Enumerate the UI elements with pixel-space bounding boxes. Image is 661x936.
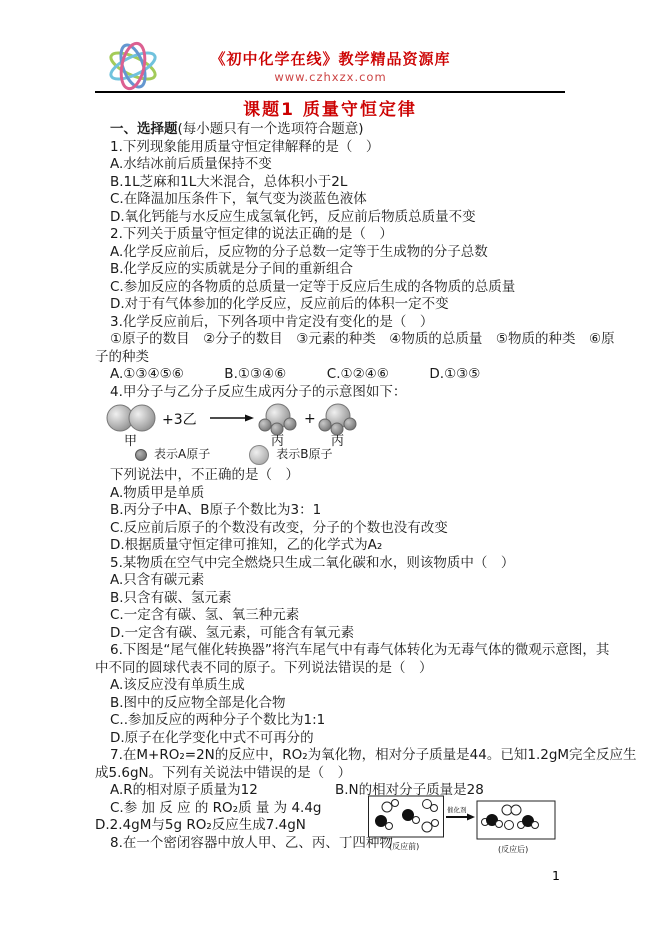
q6-option-a: A.该反应没有单质生成 (95, 677, 573, 695)
atom-a-icon (135, 449, 147, 461)
plus-label: + (304, 411, 316, 427)
q4-reaction-scheme: +3乙 + 甲 丙 (100, 401, 390, 447)
after-label: (反应后) (498, 844, 528, 854)
question-7-line2: 成5.6gN。下列有关说法中错误的是（ ） (95, 765, 573, 783)
before-label: (反应前) (389, 841, 419, 851)
header-divider (95, 91, 565, 93)
question-2: 2.下列关于质量守恒定律的说法正确的是（ ） (95, 226, 573, 244)
section-heading-bold: 一、选择题 (110, 121, 178, 137)
q2-option-d: D.对于有气体参加的化学反应，反应前后的体积一定不变 (95, 296, 573, 314)
page-title: 课题1 质量守恒定律 (95, 95, 565, 120)
q1-option-c: C.在降温加压条件下，氧气变为淡蓝色液体 (95, 191, 573, 209)
q1-option-b: B.1L芝麻和1L大米混合，总体积小于2L (95, 174, 573, 192)
before-box (369, 796, 444, 837)
q2-option-b: B.化学反应的实质就是分子间的重新组合 (95, 261, 573, 279)
molecule-bing-2 (319, 404, 356, 435)
atom-a-label: 表示A原子 (154, 446, 210, 464)
question-3: 3.化学反应前后，下列各项中肯定没有变化的是（ ） (95, 314, 573, 332)
question-5: 5.某物质在空气中完全燃烧只生成二氧化碳和水，则该物质中（ ） (95, 555, 573, 573)
q6-option-c: C..参加反应的两种分子个数比为1:1 (95, 712, 573, 730)
q5-option-b: B.只含有碳、氢元素 (95, 590, 573, 608)
q6-reaction-svg: 催化剂 (反应前) (反应后) (367, 794, 559, 858)
q3-options: A.①③④⑤⑥ B.①③④⑥ C.①②④⑥ D.①③⑤ (95, 366, 573, 384)
q4-judge: 下列说法中，不正确的是（ ） (95, 467, 573, 485)
q5-option-d: D.一定含有碳、氢元素，可能含有氧元素 (95, 625, 573, 643)
q4-option-d: D.根据质量守恒定律可推知，乙的化学式为A₂ (95, 537, 573, 555)
question-4: 4.甲分子与乙分子反应生成丙分子的示意图如下： (95, 384, 573, 402)
question-6-line2: 中不同的圆球代表不同的原子。下列说法错误的是（ ） (95, 660, 573, 678)
after-box (477, 801, 555, 839)
q6-reaction-diagram: 催化剂 (反应前) (反应后) (367, 794, 559, 862)
q5-option-c: C.一定含有碳、氢、氧三种元素 (95, 607, 573, 625)
atom-b-label: 表示B原子 (276, 446, 332, 464)
question-7-line1: 7.在M+RO₂=2N的反应中，RO₂为氧化物，相对分子质量是44。已知1.2g… (95, 747, 573, 765)
content: 一、选择题(每小题只有一个选项符合题意) 1.下列现象能用质量守恒定律解释的是（… (95, 121, 573, 852)
catalyst-label: 催化剂 (447, 805, 467, 814)
q4-option-a: A.物质甲是单质 (95, 485, 573, 503)
reaction-arrow (210, 415, 254, 422)
q4-option-c: C.反应前后原子的个数没有改变，分子的个数也没有改变 (95, 520, 573, 538)
q2-option-a: A.化学反应前后，反应物的分子总数一定等于生成物的分子总数 (95, 244, 573, 262)
q2-option-c: C.参加反应的各物质的总质量一定等于反应后生成的各物质的总质量 (95, 279, 573, 297)
section-heading-note: (每小题只有一个选项符合题意) (178, 121, 364, 137)
q6-option-b: B.图中的反应物全部是化合物 (95, 695, 573, 713)
bing2-label: 丙 (331, 434, 344, 447)
q4-molecule-diagram: +3乙 + 甲 丙 (95, 401, 573, 467)
q4-option-b: B.丙分子中A、B原子个数比为3：1 (95, 502, 573, 520)
question-1: 1.下列现象能用质量守恒定律解释的是（ ） (95, 139, 573, 157)
page-number: 1 (552, 868, 560, 883)
q4-legend: 表示A原子 表示B原子 (135, 445, 332, 465)
molecule-bing-1 (259, 404, 296, 435)
plus-3yi-label: +3乙 (162, 412, 197, 428)
atom-b-icon (249, 445, 269, 465)
catalyst-arrow: 催化剂 (446, 805, 475, 821)
q1-option-a: A.水结冰前后质量保持不变 (95, 156, 573, 174)
q7-option-a: A.R的相对原子质量为12 (110, 782, 258, 798)
molecule-jia (107, 405, 155, 431)
q3-items-line1: ①原子的数目 ②分子的数目 ③元素的种类 ④物质的总质量 ⑤物质的种类 ⑥原 (95, 331, 573, 349)
q1-option-d: D.氧化钙能与水反应生成氢氧化钙，反应前后物质总质量不变 (95, 209, 573, 227)
q5-option-a: A.只含有碳元素 (95, 572, 573, 590)
section-heading: 一、选择题(每小题只有一个选项符合题意) (95, 121, 573, 139)
brand-url: www.czhxzx.com (0, 70, 661, 84)
document-page: 《初中化学在线》教学精品资源库 www.czhxzx.com 课题1 质量守恒定… (0, 0, 661, 936)
q3-items-line2: 子的种类 (95, 349, 573, 367)
brand-title: 《初中化学在线》教学精品资源库 (0, 48, 661, 69)
q6-option-d: D.原子在化学变化中式不可再分的 (95, 730, 573, 748)
question-6-line1: 6.下图是“尾气催化转换器”将汽车尾气中有毒气体转化为无毒气体的微观示意图，其 (95, 642, 573, 660)
